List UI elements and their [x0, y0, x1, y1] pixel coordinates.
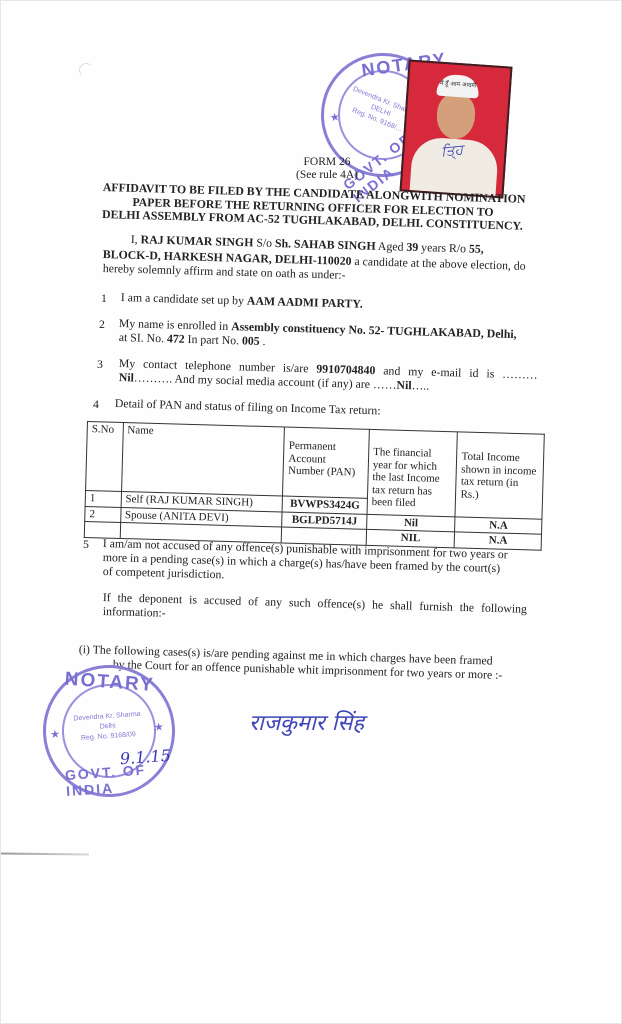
- item-number: 3: [97, 357, 103, 372]
- constituency: Assembly constituency No. 52- TUGHLAKABA…: [231, 319, 517, 341]
- intro-so: S/o: [256, 236, 272, 250]
- item-4-text: Detail of PAN and status of filing on In…: [115, 397, 381, 418]
- part-number: 005: [242, 333, 260, 347]
- header-name: Name: [121, 423, 285, 496]
- item-number: 5: [83, 537, 89, 552]
- row-sno: 1: [85, 490, 121, 506]
- form-number: FORM 26: [287, 156, 367, 169]
- serial-number: 472: [167, 331, 185, 345]
- cases-label: (i): [79, 642, 91, 656]
- photo-cap: मैं हूँ आम आदमी: [436, 74, 479, 99]
- page-fold-line: [1, 853, 89, 856]
- star-icon: ★: [329, 110, 341, 124]
- header-sno: S.No: [86, 422, 124, 492]
- star-icon: ★: [50, 727, 61, 741]
- item-1-text: I am a candidate set up by AAM AADMI PAR…: [121, 291, 363, 311]
- deponent-line-2: information:-: [103, 605, 166, 620]
- header-total-income: Total Income shown in income tax return …: [455, 432, 544, 519]
- notary-stamp-bottom: NOTARY ★ ★ Devendra Kr. Sharma Delhi Reg…: [39, 661, 180, 802]
- deponent-age: 39: [406, 240, 418, 254]
- house-number: 55,: [469, 241, 484, 255]
- stamp-top-word: NOTARY: [64, 669, 155, 697]
- sl-label: at SI. No.: [119, 330, 165, 345]
- period: .: [262, 334, 265, 348]
- pan-table: S.No Name Permanent Account Number (PAN)…: [84, 421, 545, 550]
- deponent-signature: राजकुमार सिंह: [249, 707, 364, 737]
- deponent-name: RAJ KUMAR SINGH: [140, 232, 253, 249]
- stamp-details: Devendra Kr. Sharma Delhi Reg. No. 9168/…: [67, 709, 149, 745]
- star-icon: ★: [153, 720, 164, 734]
- pan-table-header: S.No Name Permanent Account Number (PAN)…: [86, 422, 545, 504]
- item-2-line-2: at SI. No. 472 In part No. 005 .: [119, 331, 266, 349]
- party-name: AAM AADMI PARTY.: [247, 294, 363, 311]
- form-header: FORM 26 (See rule 4A): [287, 156, 367, 182]
- part-label: In part No.: [187, 332, 239, 347]
- intro-aged: Aged: [378, 239, 404, 254]
- photo-signature: ਤਿ੍ਹ: [440, 142, 464, 160]
- email-value: Nil: [119, 370, 134, 384]
- stamp-bottom-word: GOVT. OF INDIA: [64, 760, 176, 800]
- item-number: 1: [101, 291, 107, 306]
- form-rule: (See rule 4A): [287, 169, 367, 182]
- deponent-line-1: If the deponent is accused of any such o…: [103, 591, 527, 616]
- row-sno: 2: [85, 506, 121, 522]
- candidate-photo: मैं हूँ आम आदमी: [400, 60, 513, 199]
- social-value: Nil: [396, 378, 411, 392]
- intro-i: I,: [131, 232, 138, 246]
- intro-years: years R/o: [421, 240, 466, 255]
- dots: …..: [411, 378, 429, 392]
- header-financial-year: The financial year for which the last In…: [367, 429, 458, 516]
- affidavit-page: NOTARY ★ Devendra Kr. Sharma DELHI Reg. …: [0, 0, 622, 1024]
- item-number: 2: [99, 317, 105, 332]
- photo-face: [435, 92, 476, 141]
- father-name: Sh. SAHAB SINGH: [275, 236, 376, 253]
- header-pan: Permanent Account Number (PAN): [283, 427, 369, 498]
- item-5-line-3: of competent jurisdiction.: [103, 565, 225, 582]
- punch-hole-mark: [79, 63, 93, 77]
- item-1-label: I am a candidate set up by: [121, 290, 245, 307]
- item-number: 4: [93, 397, 99, 412]
